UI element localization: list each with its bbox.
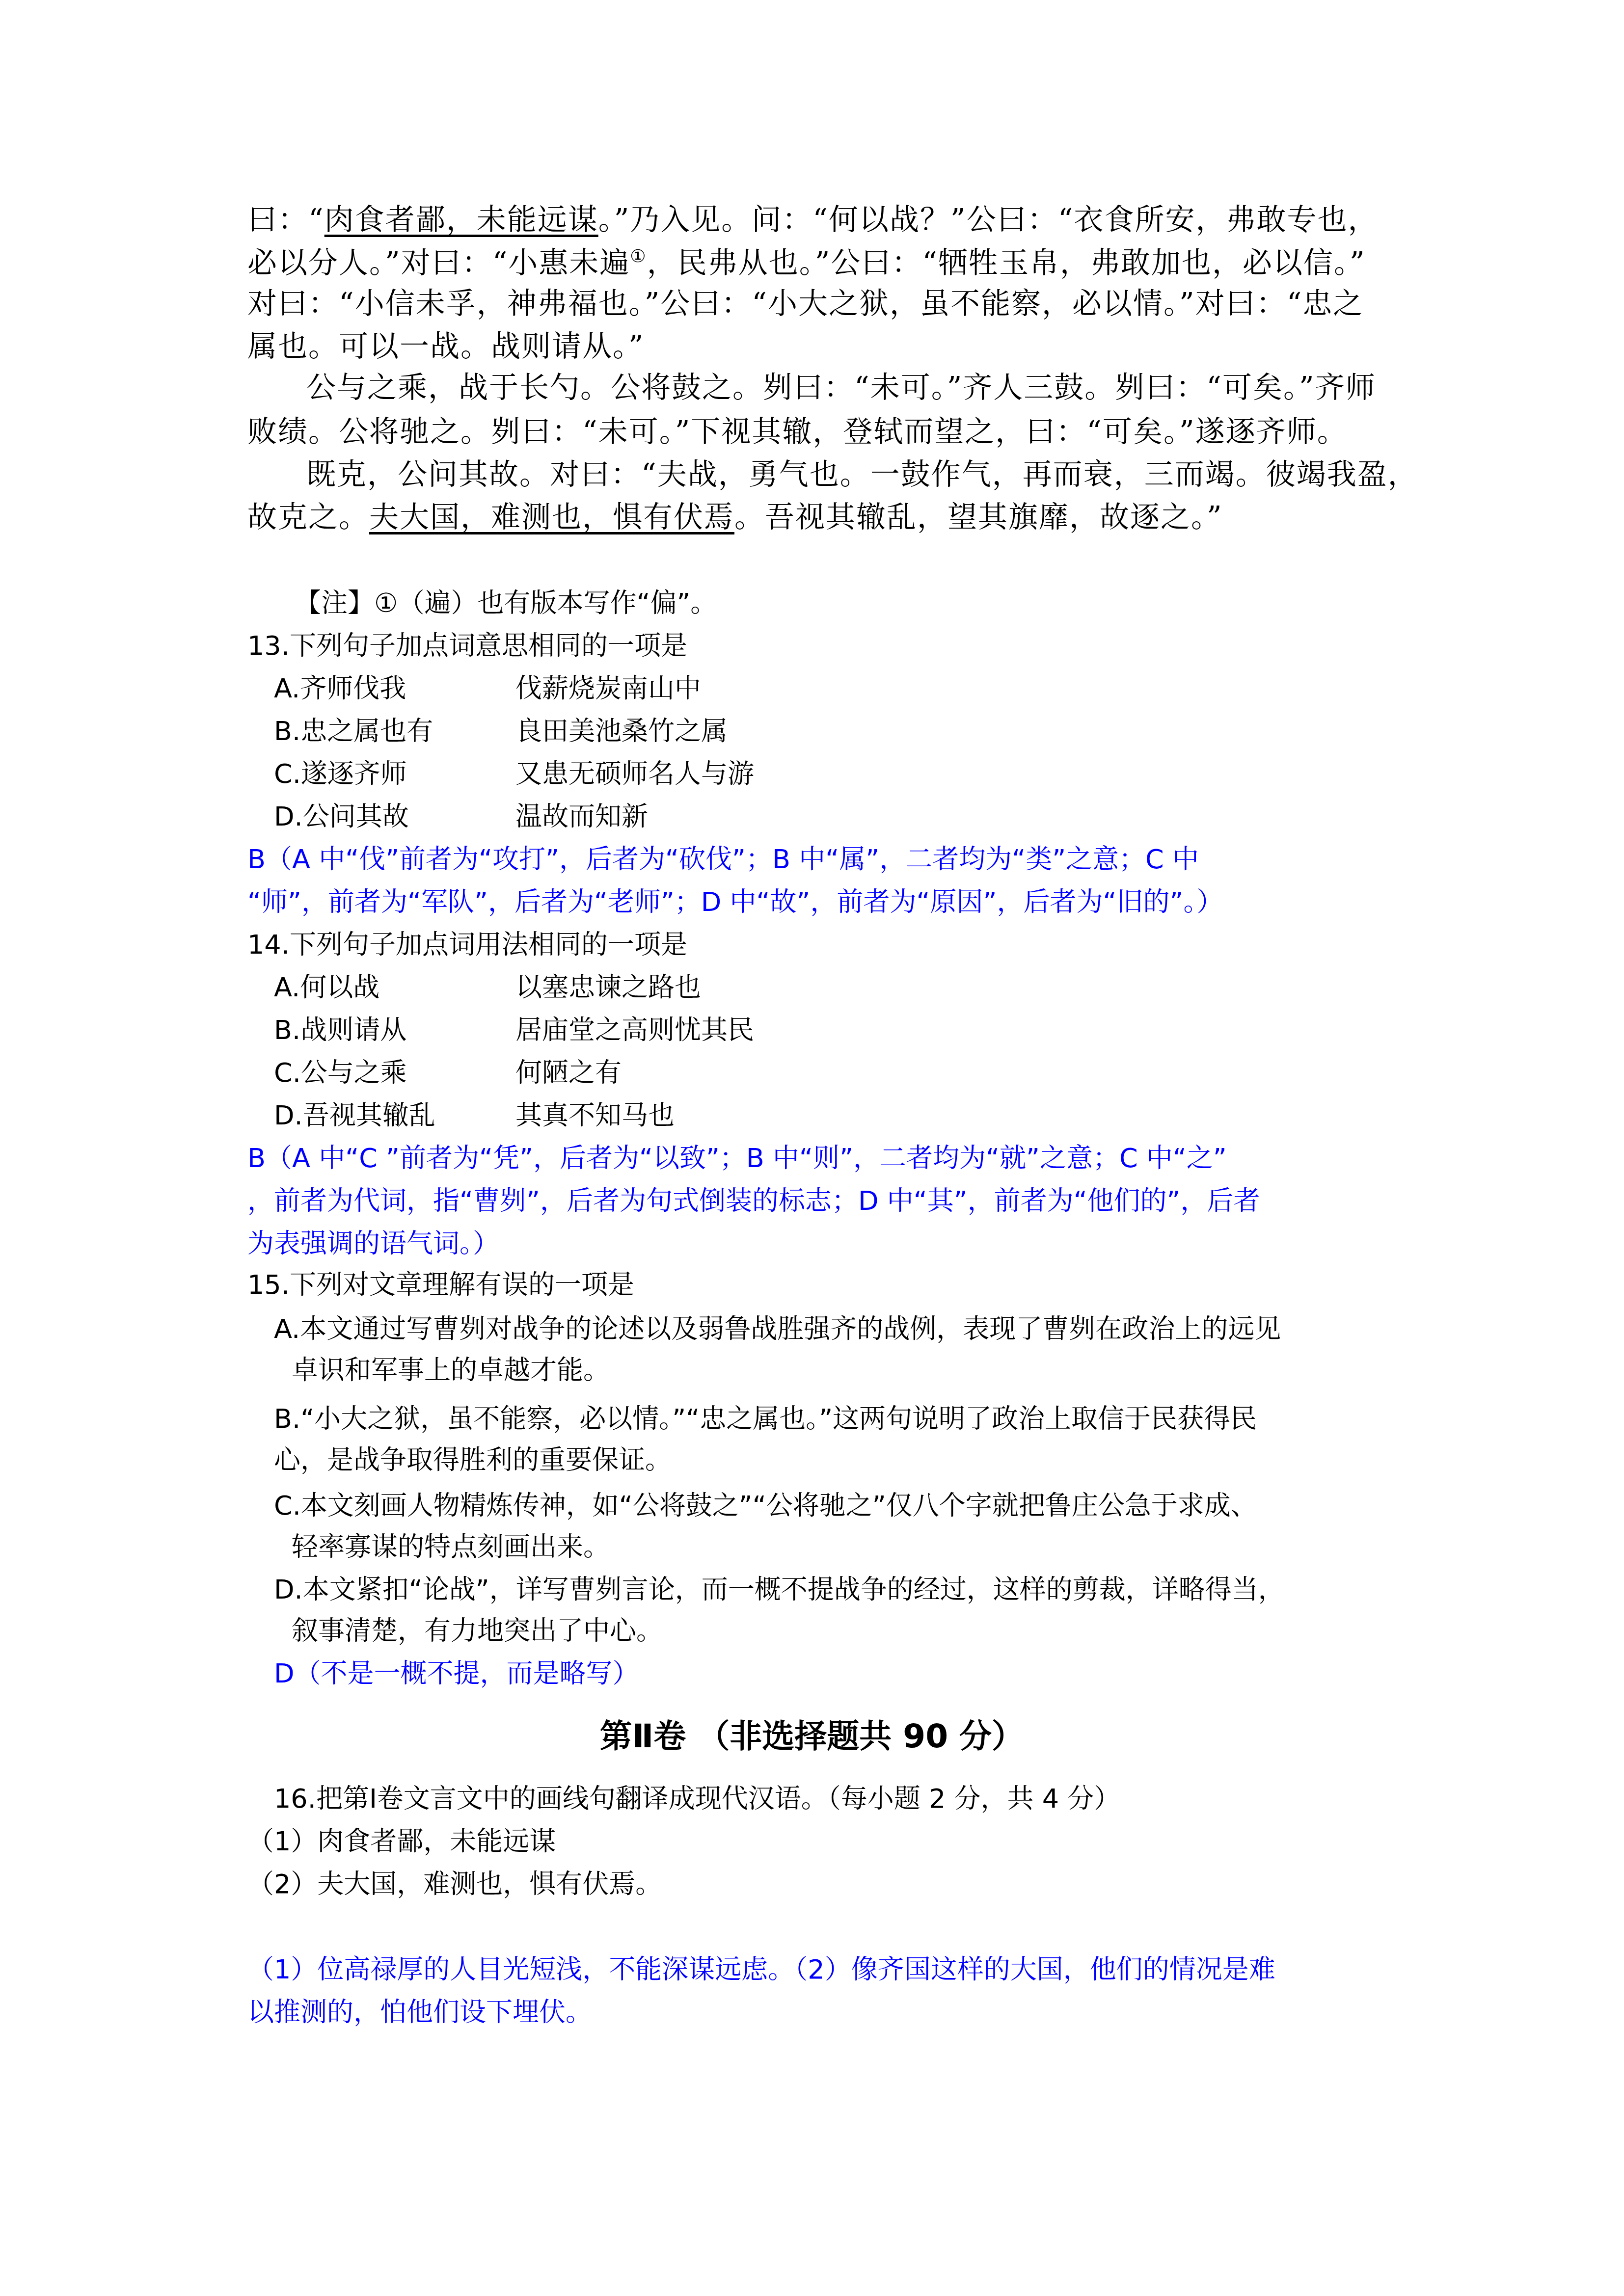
q15-option-c: C.本文刻画人物精炼传神，如“公将鼓之”“公将驰之”仅八个字就把鲁庄公急于求成、 (274, 1493, 1257, 1519)
q13-option-d: D.公问其故温故而知新 (274, 803, 1354, 830)
q13-option-b: B.忠之属也有良田美池桑竹之属 (274, 718, 1354, 745)
q16-item-2: （2）夫大国，难测也，惧有伏焉。 (247, 1871, 662, 1897)
q14-option-b: B.战则请从居庙堂之高则忧其民 (274, 1017, 1354, 1043)
q14-option-c: C.公与之乘何陋之有 (274, 1060, 1354, 1086)
question-14-stem: 14.下列句子加点词用法相同的一项是 (247, 932, 687, 958)
option-left: B.战则请从 (274, 1015, 406, 1045)
passage-line: 曰：“肉食者鄙，未能远谋。”乃入见。问：“何以战？”公曰：“衣食所安，弗敢专也， (247, 205, 1378, 235)
q13-option-c: C.遂逐齐师又患无硕师名人与游 (274, 761, 1354, 787)
footnote: 【注】①（遍）也有版本写作“偏”。 (295, 590, 717, 616)
option-left: A.何以战 (274, 972, 379, 1003)
passage-line: 必以分人。”对曰：“小惠未遍①，民弗从也。”公曰：“牺牲玉帛，弗敢加也，必以信。… (247, 248, 1366, 278)
q15-option-d-cont: 叙事清楚，有力地突出了中心。 (292, 1618, 663, 1644)
question-13-stem: 13.下列句子加点词意思相同的一项是 (247, 633, 687, 659)
q13-option-a: A.齐师伐我伐薪烧炭南山中 (274, 675, 1354, 702)
option-right: 又患无硕师名人与游 (515, 761, 754, 787)
q14-option-d: D.吾视其辙乱其真不知马也 (274, 1102, 1354, 1129)
q15-option-a: A.本文通过写曹刿对战争的论述以及弱鲁战胜强齐的战例，表现了曹刿在政治上的远见 (274, 1316, 1281, 1342)
underlined-sentence-2: 夫大国，难测也，惧有伏焉 (369, 500, 734, 534)
q16-answer: （1）位高禄厚的人目光短浅，不能深谋远虑。（2）像齐国这样的大国，他们的情况是难 (247, 1956, 1275, 1983)
q14-answer: ，前者为代词，指“曹刿”，后者为句式倒装的标志；D 中“其”，前者为“他们的”，… (247, 1188, 1260, 1214)
option-right: 其真不知马也 (515, 1102, 675, 1129)
q14-answer: B（A 中“C ”前者为“凭”，后者为“以致”；B 中“则”，二者均为“就”之意… (247, 1145, 1227, 1172)
q13-answer: B（A 中“伐”前者为“攻打”，后者为“砍伐”；B 中“属”，二者均为“类”之意… (247, 846, 1199, 873)
q13-answer: “师”，前者为“军队”，后者为“老师”；D 中“故”，前者为“原因”，后者为“旧… (247, 889, 1223, 915)
q15-option-b: B.“小大之狱，虽不能察，必以情。”“忠之属也。”这两句说明了政治上取信于民获得… (274, 1406, 1257, 1432)
q16-answer: 以推测的，怕他们设下埋伏。 (247, 1999, 592, 2026)
q14-option-a: A.何以战以塞忠谏之路也 (274, 974, 1354, 1001)
passage-text: 必以分人。”对曰：“小惠未遍 (247, 246, 630, 280)
option-right: 以塞忠谏之路也 (515, 974, 701, 1001)
option-right: 居庙堂之高则忧其民 (515, 1017, 754, 1043)
passage-line: 故克之。夫大国，难测也，惧有伏焉。吾视其辙乱，望其旗靡，故逐之。” (247, 503, 1223, 532)
q15-option-d: D.本文紧扣“论战”，详写曹刿言论，而一概不提战争的经过，这样的剪裁，详略得当， (274, 1576, 1285, 1603)
underlined-sentence-1: 肉食者鄙，未能远谋 (325, 203, 598, 237)
passage-text: 。吾视其辙乱，望其旗靡，故逐之。” (734, 500, 1223, 534)
option-left: D.吾视其辙乱 (274, 1100, 435, 1131)
passage-line: 败绩。公将驰之。刿曰：“未可。”下视其辙，登轼而望之，曰：“可矣。”遂逐齐师。 (247, 417, 1348, 447)
question-16-stem: 16.把第Ⅰ卷文言文中的画线句翻译成现代汉语。（每小题 2 分，共 4 分） (274, 1786, 1120, 1812)
option-right: 何陋之有 (515, 1060, 622, 1086)
option-left: B.忠之属也有 (274, 716, 433, 747)
passage-text: 。”乃入见。问：“何以战？”公曰：“衣食所安，弗敢专也， (598, 203, 1379, 237)
option-left: A.齐师伐我 (274, 673, 406, 704)
passage-line: 既克，公问其故。对曰：“夫战，勇气也。一鼓作气，再而衰，三而竭。彼竭我盈， (306, 460, 1418, 489)
passage-line: 对曰：“小信未孚，神弗福也。”公曰：“小大之狱，虽不能察，必以情。”对曰：“忠之 (247, 289, 1363, 319)
passage-text: 故克之。 (247, 500, 369, 534)
option-left: C.公与之乘 (274, 1057, 407, 1088)
option-left: D.公问其故 (274, 801, 409, 832)
q14-answer: 为表强调的语气词。） (247, 1230, 499, 1257)
question-15-stem: 15.下列对文章理解有误的一项是 (247, 1272, 634, 1298)
q16-item-1: （1）肉食者鄙，未能远谋 (247, 1828, 556, 1855)
option-right: 良田美池桑竹之属 (515, 718, 728, 745)
q15-option-c-cont: 轻率寡谋的特点刻画出来。 (292, 1534, 610, 1560)
option-left: C.遂逐齐师 (274, 758, 407, 789)
q15-option-b-cont: 心，是战争取得胜利的重要保证。 (274, 1447, 672, 1473)
q15-answer: D（不是一概不提，而是略写） (274, 1660, 639, 1687)
passage-line: 公与之乘，战于长勺。公将鼓之。刿曰：“未可。”齐人三鼓。刿曰：“可矣。”齐师 (306, 373, 1376, 402)
section-2-title: 第Ⅱ卷 （非选择题共 90 分） (0, 1720, 1624, 1753)
passage-text: 曰：“ (247, 203, 325, 237)
passage-line: 属也。可以一战。战则请从。” (247, 332, 645, 361)
footnote-marker: ① (630, 246, 647, 267)
passage-text: ，民弗从也。”公曰：“牺牲玉帛，弗敢加也，必以信。” (647, 246, 1366, 280)
q15-option-a-cont: 卓识和军事上的卓越才能。 (292, 1357, 610, 1384)
option-right: 伐薪烧炭南山中 (515, 675, 701, 702)
option-right: 温故而知新 (515, 803, 648, 830)
